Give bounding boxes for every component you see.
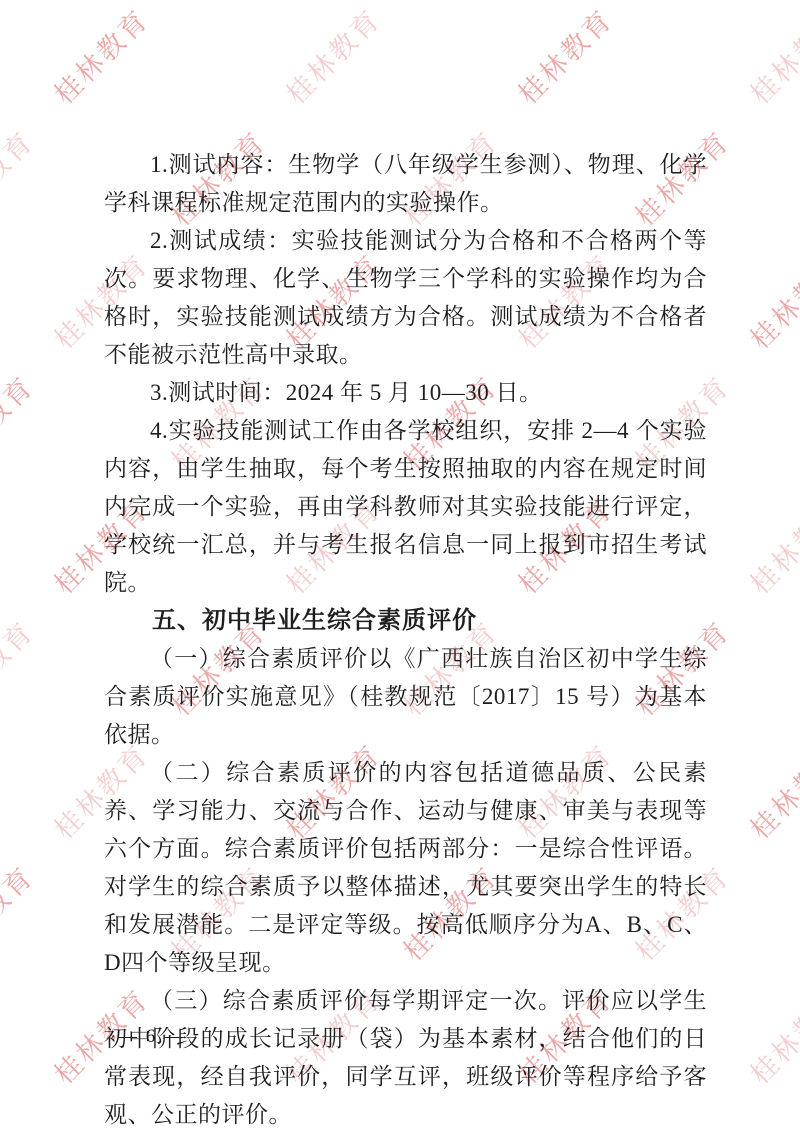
watermark-text: 桂林教育	[740, 734, 800, 846]
document-page: 桂林教育桂林教育桂林教育桂林教育桂林教育桂林教育桂林教育桂林教育桂林教育桂林教育…	[0, 0, 800, 1131]
paragraph-test-time: 3.测试时间：2024 年 5 月 10—30 日。	[104, 374, 707, 412]
watermark-text: 桂林教育	[740, 0, 800, 111]
watermark-text: 桂林教育	[740, 244, 800, 356]
page-number: — 6 —	[118, 1026, 185, 1048]
watermark-text: 桂林教育	[740, 979, 800, 1091]
paragraph-test-score: 2.测试成绩：实验技能测试分为合格和不合格两个等次。要求物理、化学、生物学三个学…	[104, 222, 707, 374]
watermark-text: 桂林教育	[0, 121, 41, 233]
watermark-text: 桂林教育	[740, 489, 800, 601]
paragraph-test-procedure: 4.实验技能测试工作由各学校组织，安排 2—4 个实验内容，由学生抽取，每个考生…	[104, 412, 707, 602]
paragraph-evaluation-process: （三）综合素质评价每学期评定一次。评价应以学生初中阶段的成长记录册（袋）为基本素…	[104, 982, 707, 1131]
watermark-text: 桂林教育	[0, 856, 41, 968]
paragraph-evaluation-content: （二）综合素质评价的内容包括道德品质、公民素养、学习能力、交流与合作、运动与健康…	[104, 754, 707, 982]
paragraph-evaluation-basis: （一）综合素质评价以《广西壮族自治区初中学生综合素质评价实施意见》（桂教规范〔2…	[104, 640, 707, 754]
section-heading-comprehensive-evaluation: 五、初中毕业生综合素质评价	[104, 602, 707, 640]
watermark-text: 桂林教育	[276, 0, 388, 111]
watermark-text: 桂林教育	[44, 0, 156, 111]
document-body: 1.测试内容：生物学（八年级学生参测）、物理、化学学科课程标准规定范围内的实验操…	[104, 146, 707, 1131]
watermark-text: 桂林教育	[0, 611, 41, 723]
paragraph-test-content: 1.测试内容：生物学（八年级学生参测）、物理、化学学科课程标准规定范围内的实验操…	[104, 146, 707, 222]
watermark-text: 桂林教育	[508, 0, 620, 111]
watermark-text: 桂林教育	[0, 366, 41, 478]
